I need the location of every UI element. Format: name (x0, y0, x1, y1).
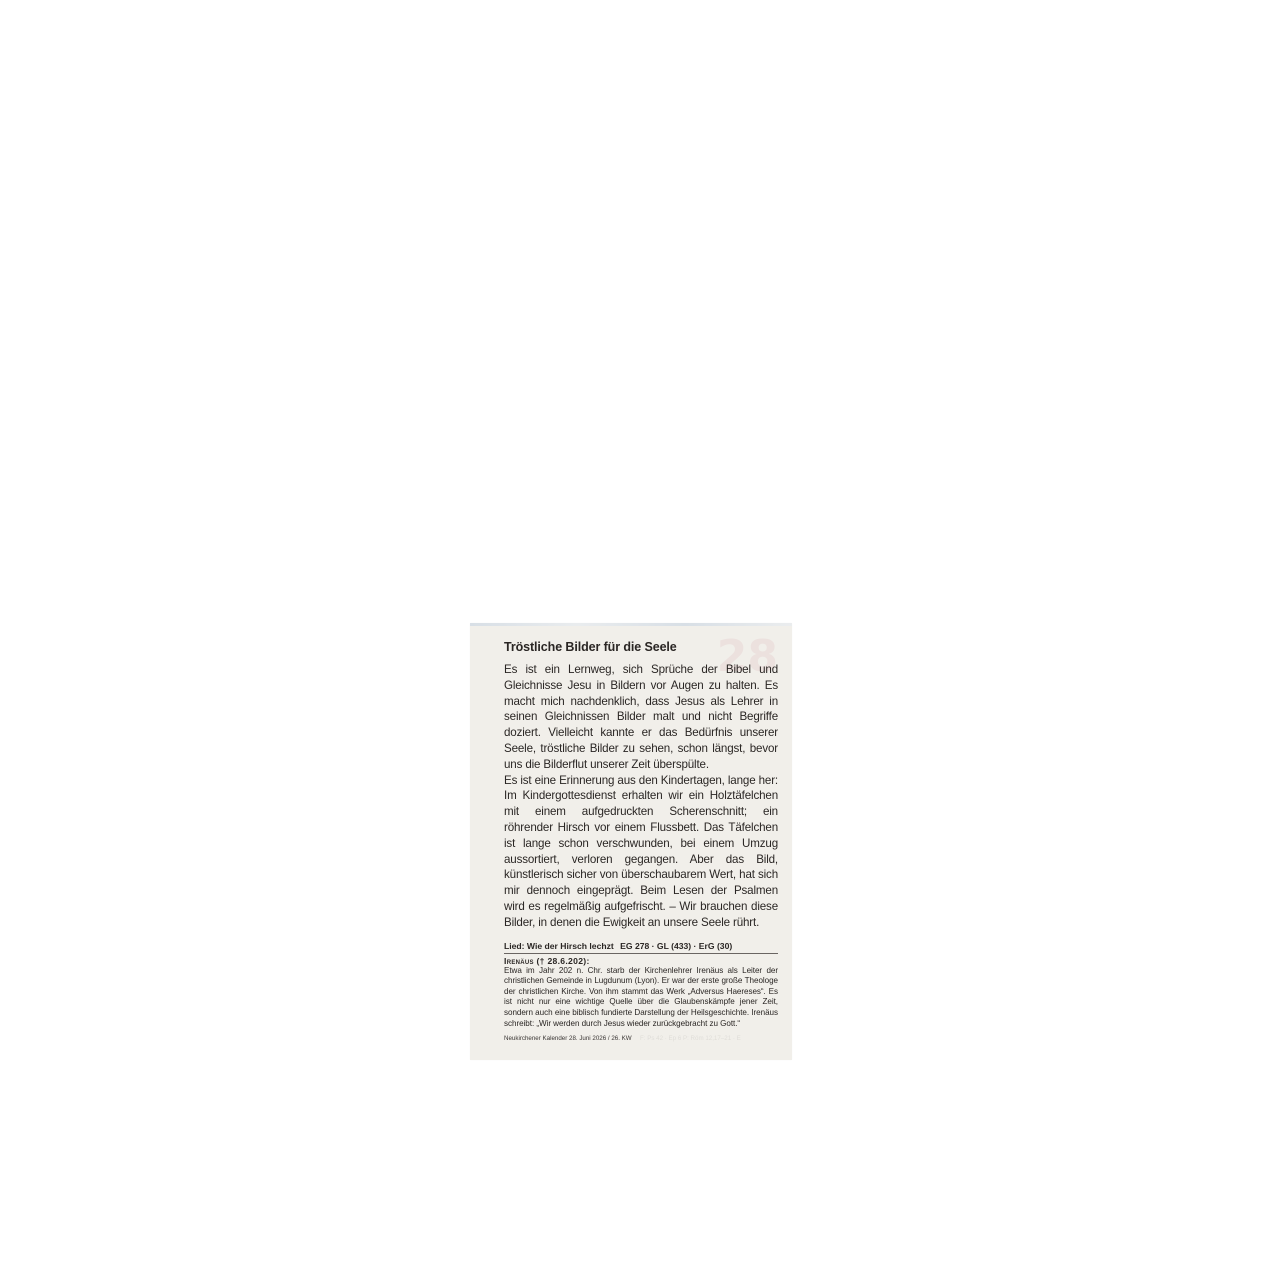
article-body: Es ist ein Lernweg, sich Sprüche der Bib… (504, 662, 778, 931)
article-title: Tröstliche Bilder für die Seele (504, 640, 778, 654)
page-footer: Neukirchener Kalender 28. Juni 2026 / 26… (504, 1035, 632, 1042)
article-paragraph-1: Es ist ein Lernweg, sich Sprüche der Bib… (504, 662, 778, 773)
hymn-label: Lied: Wie der Hirsch lechzt (504, 941, 614, 951)
hymn-reference: Lied: Wie der Hirsch lechzt EG 278 · GL … (504, 941, 778, 954)
page-top-edge (470, 623, 792, 626)
hymn-book-refs: EG 278 · GL (433) · ErG (30) (620, 941, 732, 951)
bleed-through-footer: F: Ps 42 · Ep 6 P: Röm 12,17–21 · E (640, 1035, 741, 1042)
saint-heading: Irenäus († 28.6.202): (504, 956, 778, 966)
article-paragraph-2: Es ist eine Erinnerung aus den Kindertag… (504, 773, 778, 931)
calendar-page: 28 Tröstliche Bilder für die Seele Es is… (470, 623, 792, 1060)
saint-text: Etwa im Jahr 202 n. Chr. starb der Kirch… (504, 966, 778, 1030)
page-content: Tröstliche Bilder für die Seele Es ist e… (504, 640, 778, 1029)
